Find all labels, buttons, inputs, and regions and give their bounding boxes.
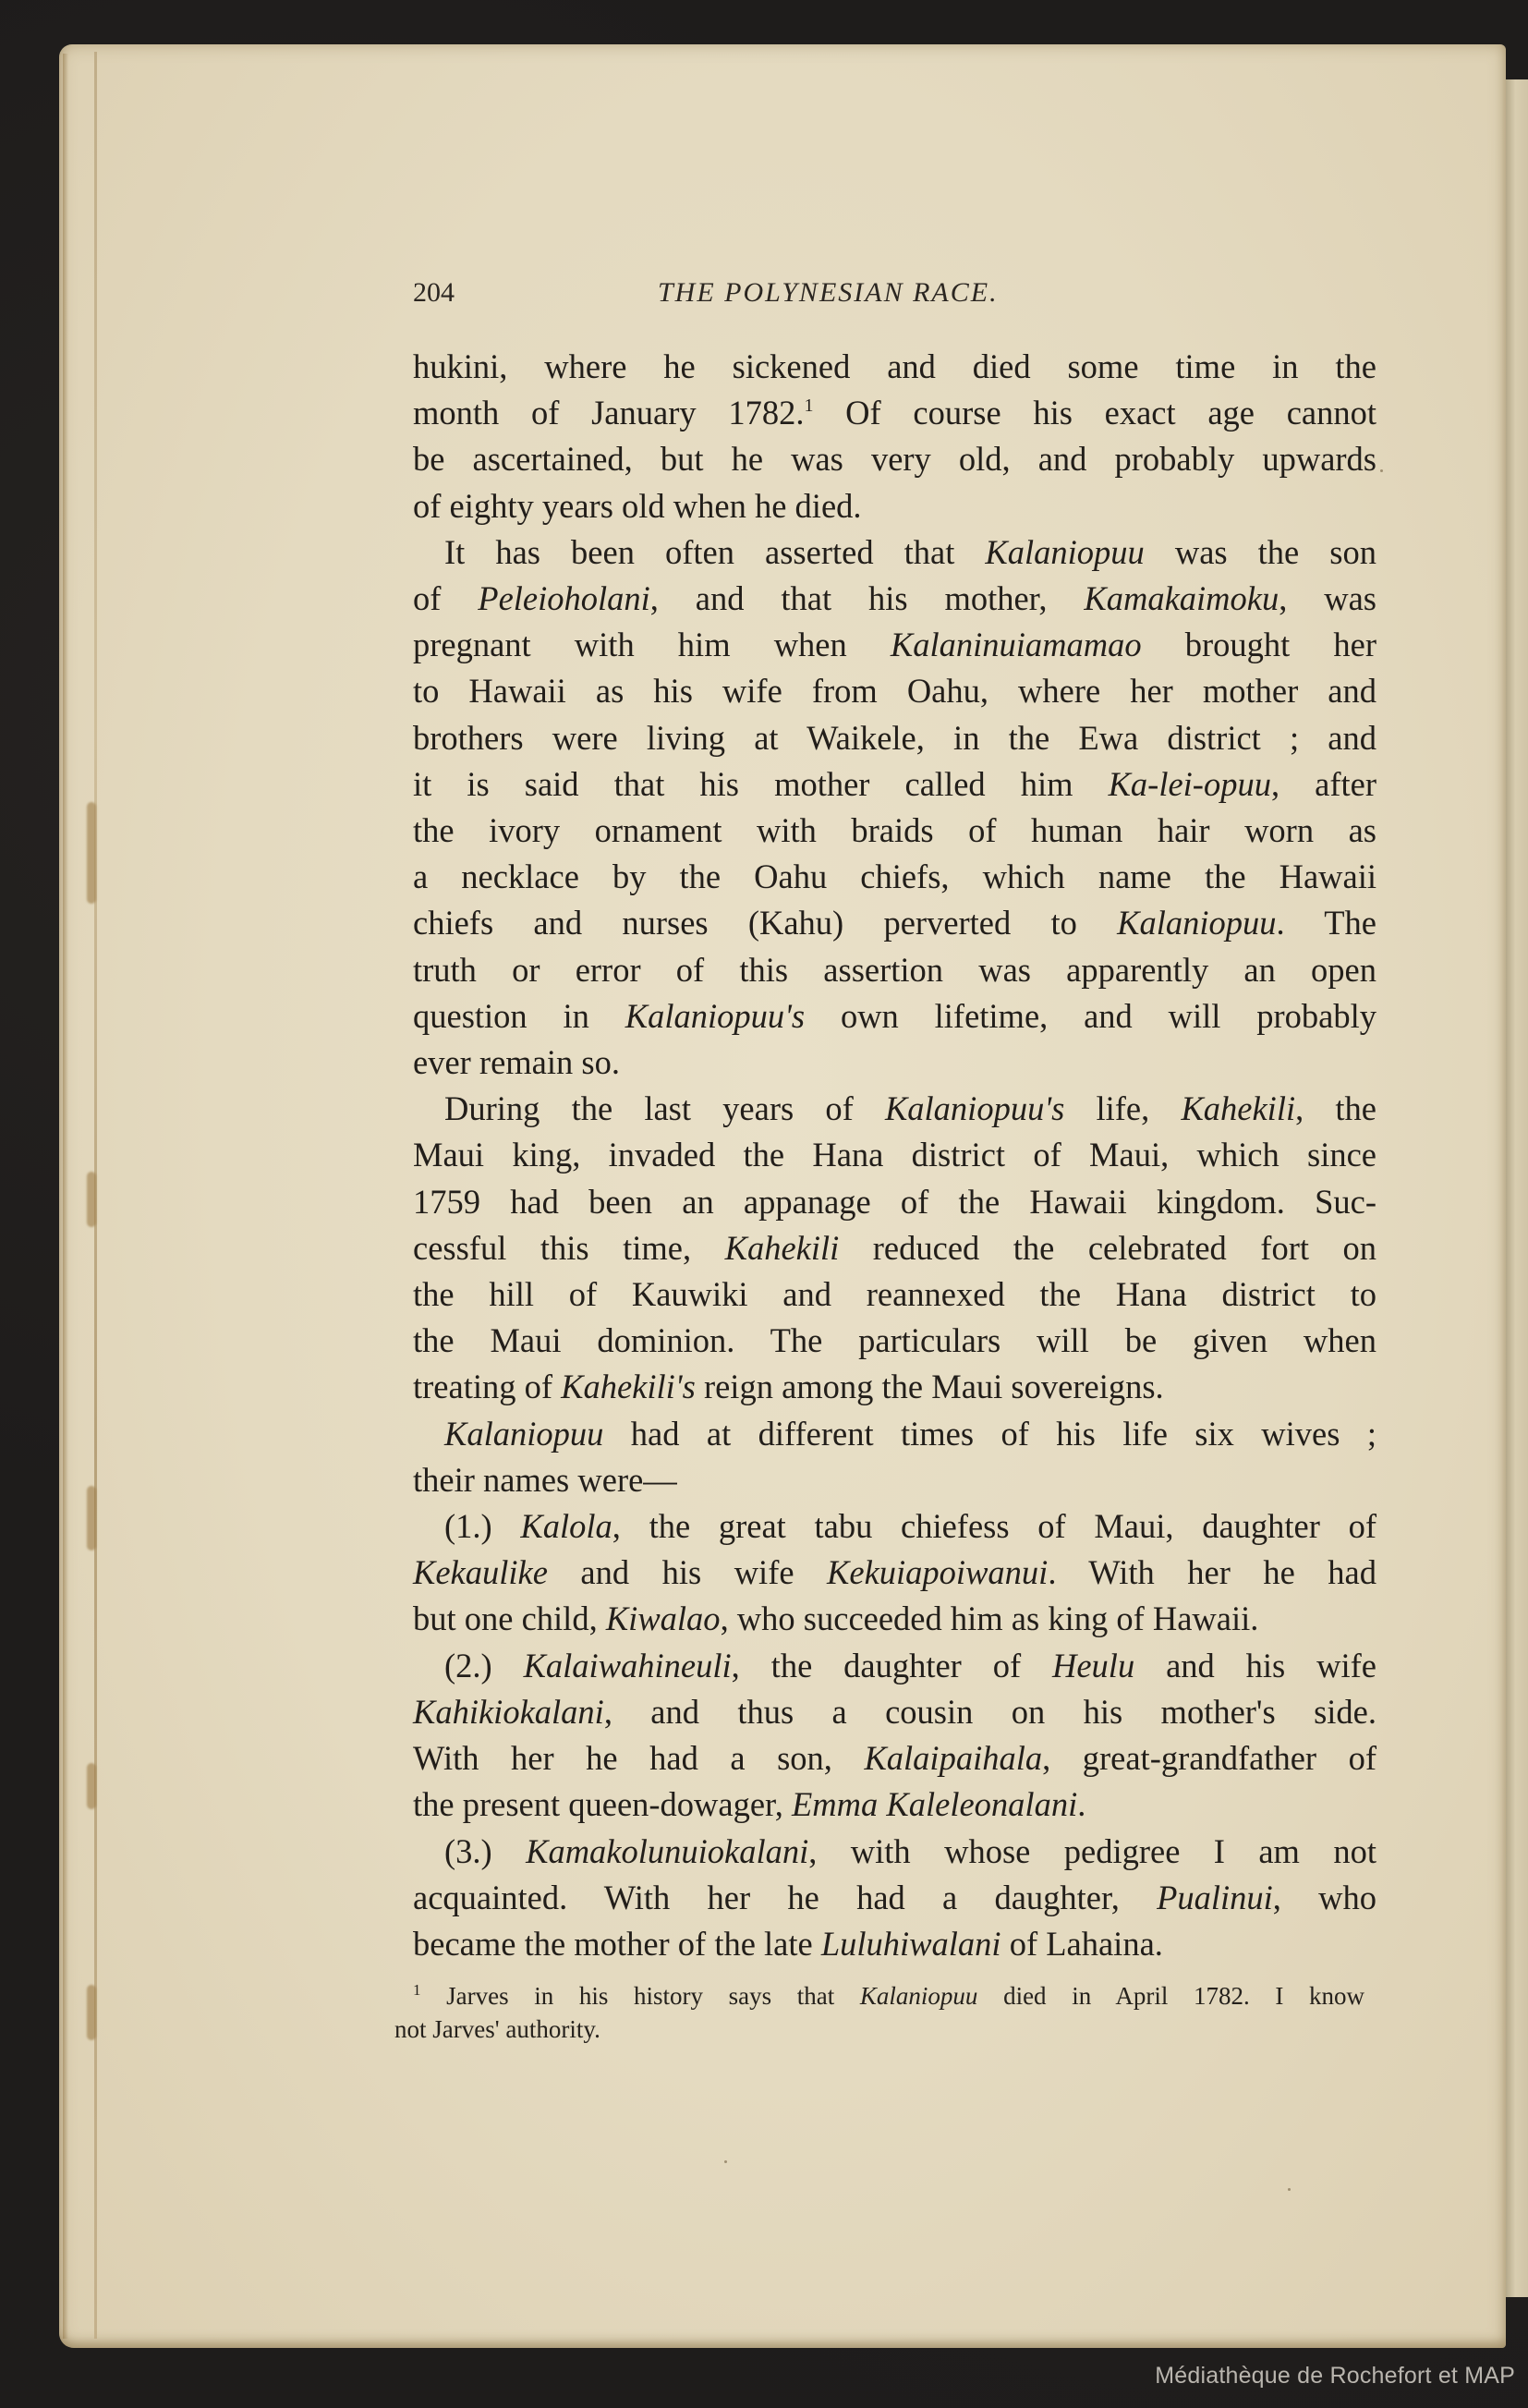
adjacent-page-edge — [1504, 79, 1528, 2297]
paper-speck — [724, 2160, 727, 2163]
text-line: acquainted. With her he had a daughter, … — [413, 1875, 1376, 1921]
italic-name: Emma Kaleleonalani — [792, 1785, 1077, 1823]
text-run: , the — [1295, 1089, 1376, 1127]
binding-stain — [87, 1486, 96, 1551]
text-line: hukini, where he sickened and died some … — [413, 344, 1376, 390]
paragraph: It has been often asserted that Kalaniop… — [413, 529, 1376, 1086]
binding-stain — [87, 1985, 96, 2040]
italic-name: Pualinui — [1157, 1879, 1273, 1916]
italic-name: Kalola — [520, 1507, 612, 1545]
text-run: own lifetime, and will probably — [805, 997, 1376, 1035]
text-run: of — [413, 579, 478, 617]
text-line: cessful this time, Kahekili reduced the … — [413, 1225, 1376, 1271]
text-run: life, — [1064, 1089, 1181, 1127]
text-run: During the last years of — [444, 1089, 885, 1127]
text-run: reduced the celebrated fort on — [839, 1229, 1376, 1267]
text-line: became the mother of the late Luluhiwala… — [413, 1921, 1376, 1967]
paragraph: (3.) Kamakolunuiokalani, with whose pedi… — [413, 1829, 1376, 1968]
italic-name: Kalaipaihala — [864, 1739, 1042, 1777]
text-run: month of January 1782. — [413, 394, 804, 432]
italic-name: Ka-lei-opuu — [1109, 765, 1271, 803]
text-run: the Maui dominion. The particulars will … — [413, 1321, 1376, 1359]
text-line: truth or error of this assertion was app… — [413, 947, 1376, 993]
text-line: (3.) Kamakolunuiokalani, with whose pedi… — [413, 1829, 1376, 1875]
text-line: the Maui dominion. The particulars will … — [413, 1318, 1376, 1364]
text-run: reign among the Maui sovereigns. — [696, 1368, 1164, 1405]
watermark: Médiathèque de Rochefort et MAP — [1155, 2363, 1515, 2390]
text-run: the hill of Kauwiki and reannexed the Ha… — [413, 1275, 1376, 1313]
text-line: question in Kalaniopuu's own lifetime, a… — [413, 993, 1376, 1040]
text-run: , the great tabu chiefess of Maui, daugh… — [612, 1507, 1376, 1545]
text-line: but one child, Kiwalao, who succeeded hi… — [413, 1596, 1376, 1642]
italic-name: Kalaniopuu's — [885, 1089, 1064, 1127]
paper-speck — [1380, 469, 1383, 472]
text-run: brought her — [1142, 626, 1376, 663]
text-run: brothers were living at Waikele, in the … — [413, 719, 1376, 757]
footnote-line: not Jarves' authority. — [394, 2013, 1364, 2046]
footnote: 1 Jarves in his history says that Kalani… — [394, 1979, 1364, 2046]
binding-stain — [87, 1763, 96, 1809]
text-run: became the mother of the late — [413, 1925, 821, 1963]
italic-name: Kalaniopuu — [985, 533, 1144, 571]
page-number: 204 — [413, 277, 455, 309]
text-run: . With her he had — [1048, 1553, 1376, 1591]
text-run: hukini, where he sickened and died some … — [413, 347, 1376, 385]
text-line: the hill of Kauwiki and reannexed the Ha… — [413, 1271, 1376, 1318]
italic-name: Kalaniopuu — [1117, 904, 1276, 942]
text-line: It has been often asserted that Kalaniop… — [413, 529, 1376, 576]
text-run: a necklace by the Oahu chiefs, which nam… — [413, 857, 1376, 895]
text-line: the present queen-dowager, Emma Kaleleon… — [413, 1782, 1376, 1828]
italic-name: Kalaniopuu's — [625, 997, 805, 1035]
text-run: chiefs and nurses (Kahu) perverted to — [413, 904, 1117, 942]
text-run: ever remain so. — [413, 1043, 620, 1081]
italic-name: Kahekili — [725, 1229, 840, 1267]
footnote-marker: 1 — [804, 395, 813, 416]
text-line: Maui king, invaded the Hana district of … — [413, 1132, 1376, 1178]
text-line: chiefs and nurses (Kahu) perverted to Ka… — [413, 900, 1376, 946]
text-line: of eighty years old when he died. — [413, 483, 1376, 529]
text-run: Maui king, invaded the Hana district of … — [413, 1136, 1376, 1174]
text-run: not Jarves' authority. — [394, 2015, 600, 2043]
text-run: , the daughter of — [732, 1647, 1052, 1684]
text-line: a necklace by the Oahu chiefs, which nam… — [413, 854, 1376, 900]
footnote-line: 1 Jarves in his history says that Kalani… — [394, 1979, 1364, 2013]
text-run: , who — [1273, 1879, 1376, 1916]
text-run: their names were— — [413, 1461, 677, 1499]
text-run: treating of — [413, 1368, 561, 1405]
text-line: the ivory ornament with braids of human … — [413, 808, 1376, 854]
text-line: pregnant with him when Kalaninuiamamao b… — [413, 622, 1376, 668]
text-line: brothers were living at Waikele, in the … — [413, 715, 1376, 761]
italic-name: Peleioholani — [478, 579, 650, 617]
text-run: the ivory ornament with braids of human … — [413, 811, 1376, 849]
text-run: 1759 had been an appanage of the Hawaii … — [413, 1183, 1376, 1221]
paper-speck — [1288, 2188, 1291, 2191]
body-text: hukini, where he sickened and died some … — [413, 344, 1376, 1967]
text-run: question in — [413, 997, 625, 1035]
text-line: With her he had a son, Kalaipaihala, gre… — [413, 1735, 1376, 1782]
italic-name: Kalaiwahineuli — [524, 1647, 732, 1684]
text-line: of Peleioholani, and that his mother, Ka… — [413, 576, 1376, 622]
running-head: THE POLYNESIAN RACE. — [658, 277, 999, 309]
paragraph: (1.) Kalola, the great tabu chiefess of … — [413, 1503, 1376, 1643]
italic-name: Kahekili's — [561, 1368, 696, 1405]
text-run: , after — [1271, 765, 1376, 803]
italic-name: Kamakolunuiokalani — [526, 1832, 808, 1870]
text-run: With her he had a son, — [413, 1739, 864, 1777]
binding-stain — [87, 1172, 96, 1227]
text-line: Kahikiokalani, and thus a cousin on his … — [413, 1689, 1376, 1735]
text-run: of eighty years old when he died. — [413, 487, 862, 525]
text-run: of Lahaina. — [1001, 1925, 1163, 1963]
italic-name: Kahikiokalani — [413, 1693, 604, 1731]
text-run: was the son — [1145, 533, 1376, 571]
text-run: , and thus a cousin on his mother's side… — [604, 1693, 1376, 1731]
text-run: Of course his exact age cannot — [813, 394, 1376, 432]
paragraph: hukini, where he sickened and died some … — [413, 344, 1376, 529]
italic-name: Kiwalao — [606, 1599, 721, 1637]
text-run: pregnant with him when — [413, 626, 891, 663]
text-run: had at different times of his life six w… — [603, 1415, 1376, 1453]
text-line: be ascertained, but he was very old, and… — [413, 436, 1376, 482]
italic-name: Heulu — [1052, 1647, 1134, 1684]
text-run: cessful this time, — [413, 1229, 725, 1267]
paragraph: Kalaniopuu had at different times of his… — [413, 1411, 1376, 1503]
text-line: ever remain so. — [413, 1040, 1376, 1086]
text-run: and his wife — [1134, 1647, 1376, 1684]
paragraph: During the last years of Kalaniopuu's li… — [413, 1086, 1376, 1410]
text-run: (1.) — [444, 1507, 520, 1545]
text-run: the present queen-dowager, — [413, 1785, 792, 1823]
text-run: (3.) — [444, 1832, 526, 1870]
italic-name: Kalaninuiamamao — [891, 626, 1142, 663]
paragraph: (2.) Kalaiwahineuli, the daughter of Heu… — [413, 1643, 1376, 1829]
italic-name: Kalaniopuu — [444, 1415, 603, 1453]
text-line: month of January 1782.1 Of course his ex… — [413, 390, 1376, 436]
text-line: Kalaniopuu had at different times of his… — [413, 1411, 1376, 1457]
text-line: treating of Kahekili's reign among the M… — [413, 1364, 1376, 1410]
text-run: it is said that his mother called him — [413, 765, 1109, 803]
italic-name: Kekuiapoiwanui — [827, 1553, 1048, 1591]
text-run: Jarves in his history says that — [421, 1982, 860, 2010]
page-header: 204 THE POLYNESIAN RACE. — [413, 277, 1374, 314]
text-run: , and that his mother, — [650, 579, 1085, 617]
text-run: (2.) — [444, 1647, 524, 1684]
text-line: 1759 had been an appanage of the Hawaii … — [413, 1179, 1376, 1225]
italic-name: Kekaulike — [413, 1553, 548, 1591]
text-run: , great-grandfather of — [1042, 1739, 1376, 1777]
text-run: truth or error of this assertion was app… — [413, 951, 1376, 989]
text-run: . — [1077, 1785, 1085, 1823]
text-run: acquainted. With her he had a daughter, — [413, 1879, 1157, 1916]
text-run: to Hawaii as his wife from Oahu, where h… — [413, 672, 1376, 710]
text-run: be ascertained, but he was very old, and… — [413, 440, 1376, 478]
text-run: died in April 1782. I know — [977, 1982, 1364, 2010]
text-line: During the last years of Kalaniopuu's li… — [413, 1086, 1376, 1132]
text-line: (2.) Kalaiwahineuli, the daughter of Heu… — [413, 1643, 1376, 1689]
text-run: , with whose pedigree I am not — [808, 1832, 1376, 1870]
footnote-marker: 1 — [413, 1981, 421, 1999]
text-run: It has been often asserted that — [444, 533, 985, 571]
text-run: , was — [1279, 579, 1376, 617]
text-line: (1.) Kalola, the great tabu chiefess of … — [413, 1503, 1376, 1550]
text-run: . The — [1277, 904, 1376, 942]
italic-name: Luluhiwalani — [821, 1925, 1001, 1963]
binding-stain — [87, 802, 96, 904]
italic-name: Kamakaimoku — [1084, 579, 1279, 617]
text-run: , who succeeded him as king of Hawaii. — [721, 1599, 1259, 1637]
text-line: to Hawaii as his wife from Oahu, where h… — [413, 668, 1376, 714]
italic-name: Kahekili — [1181, 1089, 1295, 1127]
italic-name: Kalaniopuu — [860, 1982, 978, 2010]
text-run: and his wife — [548, 1553, 827, 1591]
text-line: Kekaulike and his wife Kekuiapoiwanui. W… — [413, 1550, 1376, 1596]
text-line: it is said that his mother called him Ka… — [413, 761, 1376, 808]
text-run: but one child, — [413, 1599, 606, 1637]
text-line: their names were— — [413, 1457, 1376, 1503]
